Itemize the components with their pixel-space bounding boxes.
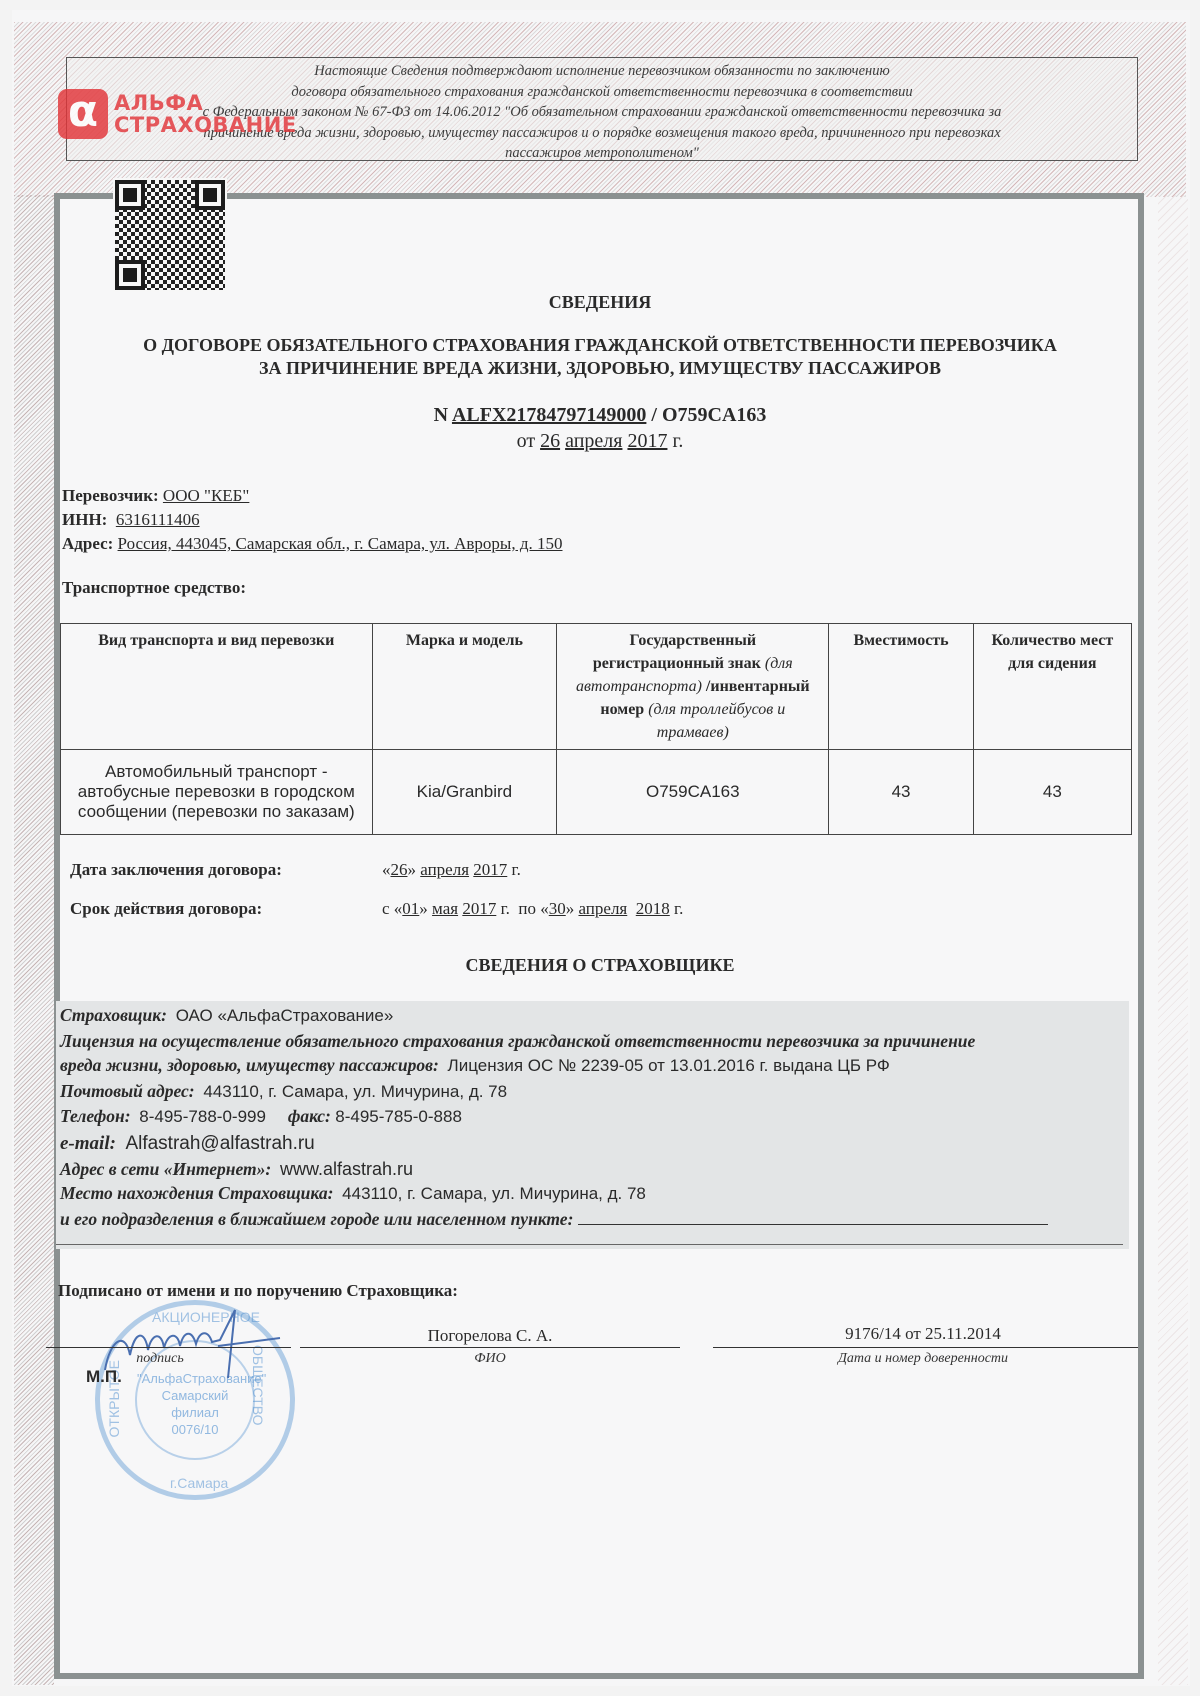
phone-row: Телефон: 8-495-788-0-999 факс: 8-495-785… <box>60 1104 1129 1130</box>
year-suffix: г. <box>512 860 521 879</box>
from-year: 2017 <box>462 899 496 918</box>
notice-line: пассажиров метрополитеном" <box>67 143 1137 164</box>
license-label-1: Лицензия на осуществление обязательного … <box>60 1031 975 1051</box>
poa-line <box>713 1347 1138 1348</box>
carrier-inn: 6316111406 <box>116 510 200 529</box>
cell-registration: O759CA163 <box>557 750 829 835</box>
vehicles-table: Вид транспорта и вид перевозки Марка и м… <box>60 623 1132 835</box>
cell-seats: 43 <box>973 750 1131 835</box>
header-registration-main: Государственный регистрационный знак <box>593 632 761 672</box>
qr-code-icon <box>115 180 225 290</box>
signatory-name: Погорелова С. А. <box>300 1326 680 1346</box>
handwritten-signature-icon <box>100 1300 290 1380</box>
contract-validity-row: Срок действия договора:с «01» мая 2017 г… <box>70 899 683 919</box>
postal-row: Почтовый адрес: 443110, г. Самара, ул. М… <box>60 1079 1129 1105</box>
plate-suffix: / O759CA163 <box>651 404 766 426</box>
date-year: 2017 <box>627 430 667 452</box>
insurer-name-row: Страховщик: ОАО «АльфаСтрахование» <box>60 1003 1129 1029</box>
carrier-address: Россия, 443045, Самарская обл., г. Самар… <box>118 534 563 553</box>
seal-label: М.П. <box>86 1367 122 1387</box>
logo-line-1: АЛЬФА <box>114 92 297 114</box>
location-label: Место нахождения Страховщика: <box>60 1183 333 1203</box>
name-caption: ФИО <box>300 1351 680 1367</box>
power-of-attorney-value: 9176/14 от 25.11.2014 <box>713 1324 1133 1344</box>
from-month: мая <box>432 899 458 918</box>
header-registration-note-2: (для троллейбусов и трамваев) <box>648 701 785 741</box>
qr-finder-icon <box>115 180 145 210</box>
subtitle-line-1: О ДОГОВОРЕ ОБЯЗАТЕЛЬНОГО СТРАХОВАНИЯ ГРА… <box>60 334 1140 357</box>
signature-caption: подпись <box>120 1351 200 1367</box>
from-day: 01 <box>402 899 419 918</box>
carrier-name: ООО "КЕБ" <box>163 486 249 505</box>
division-row: и его подразделения в ближайшем городе и… <box>60 1207 1129 1232</box>
phone-value: 8-495-788-0-999 <box>139 1107 266 1126</box>
signature-line <box>46 1347 291 1348</box>
carrier-address-row: Адрес: Россия, 443045, Самарская обл., г… <box>62 532 563 556</box>
alfastrakhovanie-logo: α АЛЬФА СТРАХОВАНИЕ <box>58 86 308 142</box>
poa-caption: Дата и номер доверенности <box>713 1351 1133 1367</box>
conclusion-year: 2017 <box>473 860 507 879</box>
security-pattern-left <box>14 195 54 1685</box>
header-registration: Государственный регистрационный знак (дл… <box>557 624 829 750</box>
carrier-name-label: Перевозчик: <box>62 486 159 505</box>
alpha-logo-icon: α <box>58 89 108 139</box>
date-month: апреля <box>565 430 622 452</box>
cell-make-model: Kia/Granbird <box>372 750 557 835</box>
to-month: апреля <box>578 899 627 918</box>
conclusion-label: Дата заключения договора: <box>70 860 382 880</box>
document-title: СВЕДЕНИЯ <box>60 292 1140 313</box>
date-day: 26 <box>540 430 560 452</box>
divider <box>56 1244 1123 1245</box>
license-value: Лицензия ОС № 2239-05 от 13.01.2016 г. в… <box>448 1056 890 1075</box>
carrier-address-label: Адрес: <box>62 534 113 553</box>
insurer-section-title: СВЕДЕНИЯ О СТРАХОВЩИКЕ <box>60 955 1140 976</box>
validity-label: Срок действия договора: <box>70 899 382 919</box>
date-suffix: г. <box>672 430 683 452</box>
insurer-info-box: Страховщик: ОАО «АльфаСтрахование» Лицен… <box>56 1001 1129 1249</box>
logo-wordmark: АЛЬФА СТРАХОВАНИЕ <box>114 92 297 136</box>
fax-label: факс: <box>288 1106 331 1126</box>
postal-label: Почтовый адрес: <box>60 1081 195 1101</box>
document-number: N ALFX21784797149000 / O759CA163 <box>60 404 1140 427</box>
subtitle-line-2: ЗА ПРИЧИНЕНИЕ ВРЕДА ЖИЗНИ, ЗДОРОВЬЮ, ИМУ… <box>60 357 1140 380</box>
insurer-name: ОАО «АльфаСтрахование» <box>176 1006 394 1025</box>
seal-ring-bottom: г.Самара <box>170 1475 228 1491</box>
to-prefix: по <box>518 899 536 918</box>
carrier-inn-label: ИНН: <box>62 510 107 529</box>
seal-line-3: 0076/10 <box>137 1421 253 1438</box>
cell-transport-type: Автомобильный транспорт - автобусные пер… <box>61 750 373 835</box>
document-date: от 26 апреля 2017 г. <box>60 430 1140 453</box>
seal-line-2: Самарский филиал <box>137 1387 253 1421</box>
conclusion-day: 26 <box>391 860 408 879</box>
division-label: и его подразделения в ближайшем городе и… <box>60 1209 573 1229</box>
license-row-2: вреда жизни, здоровью, имуществу пассажи… <box>60 1053 1129 1079</box>
vehicle-section-label: Транспортное средство: <box>62 578 246 598</box>
to-year: 2018 <box>636 899 670 918</box>
web-row: Адрес в сети «Интернет»: www.alfastrah.r… <box>60 1157 1129 1182</box>
header-transport-type: Вид транспорта и вид перевозки <box>61 624 373 750</box>
license-row-1: Лицензия на осуществление обязательного … <box>60 1029 1129 1054</box>
license-label-2: вреда жизни, здоровью, имуществу пассажи… <box>60 1055 439 1075</box>
security-pattern-right <box>1158 195 1188 1685</box>
web-value: www.alfastrah.ru <box>280 1159 413 1179</box>
email-value: Alfastrah@alfastrah.ru <box>125 1133 314 1154</box>
location-value: 443110, г. Самара, ул. Мичурина, д. 78 <box>342 1184 646 1203</box>
contract-conclusion-row: Дата заключения договора:«26» апреля 201… <box>70 860 521 880</box>
table-header-row: Вид транспорта и вид перевозки Марка и м… <box>61 624 1132 750</box>
header-seats: Количество мест для сидения <box>973 624 1131 750</box>
document-subtitle: О ДОГОВОРЕ ОБЯЗАТЕЛЬНОГО СТРАХОВАНИЯ ГРА… <box>60 334 1140 380</box>
email-label: e-mail: <box>60 1133 116 1154</box>
insurer-label: Страховщик: <box>60 1005 167 1025</box>
table-row: Автомобильный транспорт - автобусные пер… <box>61 750 1132 835</box>
date-prefix: от <box>517 430 535 452</box>
notice-line: Настоящие Сведения подтверждают исполнен… <box>67 61 1137 82</box>
web-label: Адрес в сети «Интернет»: <box>60 1159 271 1179</box>
division-blank <box>578 1208 1048 1225</box>
carrier-name-row: Перевозчик: ООО "КЕБ" <box>62 484 563 508</box>
postal-value: 443110, г. Самара, ул. Мичурина, д. 78 <box>203 1082 507 1101</box>
qr-finder-icon <box>115 260 145 290</box>
name-line <box>300 1347 680 1348</box>
from-prefix: с <box>382 899 390 918</box>
signed-label: Подписано от имени и по поручению Страхо… <box>58 1281 458 1301</box>
logo-line-2: СТРАХОВАНИЕ <box>114 114 297 136</box>
header-make-model: Марка и модель <box>372 624 557 750</box>
number-prefix: N <box>434 404 448 426</box>
phone-label: Телефон: <box>60 1106 131 1126</box>
year-suffix: г. <box>674 899 683 918</box>
carrier-info: Перевозчик: ООО "КЕБ" ИНН: 6316111406 Ад… <box>62 484 563 556</box>
cell-capacity: 43 <box>829 750 973 835</box>
conclusion-month: апреля <box>420 860 469 879</box>
header-capacity: Вместимость <box>829 624 973 750</box>
year-suffix: г. <box>501 899 510 918</box>
policy-number: ALFX21784797149000 <box>452 404 646 426</box>
fax-value: 8-495-785-0-888 <box>335 1107 462 1126</box>
to-day: 30 <box>549 899 566 918</box>
carrier-inn-row: ИНН: 6316111406 <box>62 508 563 532</box>
qr-finder-icon <box>195 180 225 210</box>
location-row: Место нахождения Страховщика: 443110, г.… <box>60 1181 1129 1207</box>
email-row: e-mail: Alfastrah@alfastrah.ru <box>60 1130 1129 1157</box>
